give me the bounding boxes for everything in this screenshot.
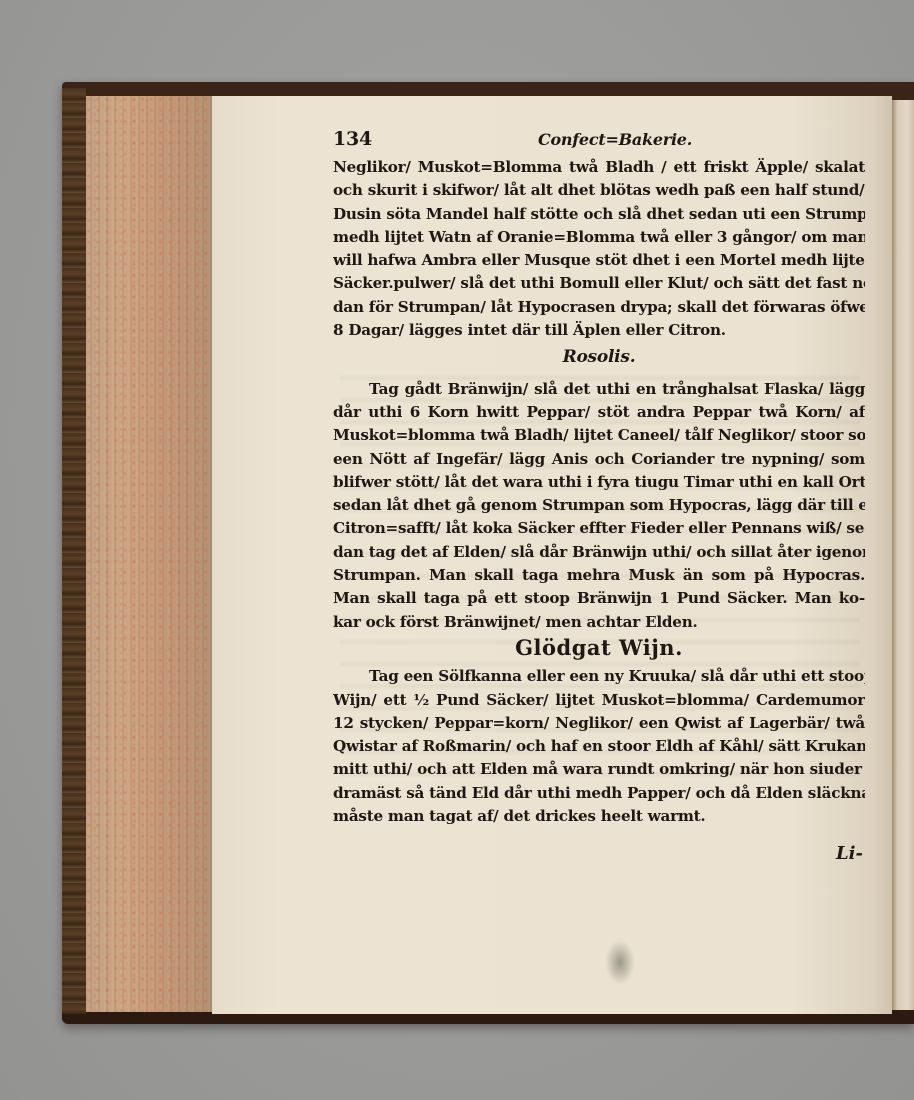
text-line: blifwer stött/ låt det wara uthi i fyra …	[333, 471, 865, 494]
text-line: will hafwa Ambra eller Musque stöt dhet …	[333, 249, 865, 272]
page-stack-edge	[86, 96, 212, 1012]
page-number: 134	[333, 128, 372, 151]
book-cover-edge	[62, 88, 86, 1014]
text-line: 8 Dagar/ lägges intet där till Äplen ell…	[333, 319, 865, 342]
text-line: een Nött af Ingefär/ lägg Anis och Coria…	[333, 448, 865, 471]
catchword: Li-	[836, 843, 863, 864]
text-line: Tag gådt Bränwijn/ slå det uthi en trång…	[333, 378, 865, 401]
section-heading-glodgat-wijn: Glödgat Wijn.	[333, 636, 865, 659]
text-line: Man skall taga på ett stoop Bränwijn 1 P…	[333, 587, 865, 610]
text-line: måste man tagat af/ det drickes heelt wa…	[333, 805, 865, 828]
text-line: dan för Strumpan/ låt Hypocrasen drypa; …	[333, 296, 865, 319]
ink-smudge	[605, 940, 635, 985]
text-line: och skurit i skifwor/ låt alt dhet blöta…	[333, 179, 865, 202]
facing-page-edge	[892, 100, 914, 1010]
text-line: Neglikor/ Muskot=Blomma twå Bladh / ett …	[333, 156, 865, 179]
text-line: dår uthi 6 Korn hwitt Peppar/ stöt andra…	[333, 401, 865, 424]
text-line: sedan låt dhet gå genom Strumpan som Hyp…	[333, 494, 865, 517]
page-text: 134 Confect=Bakerie. Neglikor/ Muskot=Bl…	[333, 128, 865, 828]
running-title: Confect=Bakerie.	[538, 128, 692, 151]
text-line: Tag een Sölfkanna eller een ny Kruuka/ s…	[333, 665, 865, 688]
glodgat-wijn-paragraph: Tag een Sölfkanna eller een ny Kruuka/ s…	[333, 665, 865, 828]
text-line: mitt uthi/ och att Elden må wara rundt o…	[333, 758, 865, 781]
section-heading-rosolis: Rosolis.	[333, 346, 865, 369]
text-line: dan tag det af Elden/ slå dår Bränwijn u…	[333, 541, 865, 564]
text-line: Dusin söta Mandel half stötte och slå dh…	[333, 203, 865, 226]
text-line: kar ock först Bränwijnet/ men achtar Eld…	[333, 611, 865, 634]
text-line: Muskot=blomma twå Bladh/ lijtet Caneel/ …	[333, 424, 865, 447]
running-head: 134 Confect=Bakerie.	[333, 128, 865, 156]
rosolis-paragraph: Tag gådt Bränwijn/ slå det uthi en trång…	[333, 378, 865, 634]
text-line: Säcker.pulwer/ slå det uthi Bomull eller…	[333, 272, 865, 295]
text-line: Citron=safft/ låt koka Säcker effter Fie…	[333, 517, 865, 540]
text-line: dramäst så tänd Eld dår uthi medh Papper…	[333, 782, 865, 805]
text-line: Strumpan. Man skall taga mehra Musk än s…	[333, 564, 865, 587]
text-line: medh lijtet Watn af Oranie=Blomma twå el…	[333, 226, 865, 249]
text-line: 12 stycken/ Peppar=korn/ Neglikor/ een Q…	[333, 712, 865, 735]
text-line: Qwistar af Roßmarin/ och haf en stoor El…	[333, 735, 865, 758]
continuation-paragraph: Neglikor/ Muskot=Blomma twå Bladh / ett …	[333, 156, 865, 342]
text-line: Wijn/ ett ½ Pund Säcker/ lijtet Muskot=b…	[333, 689, 865, 712]
